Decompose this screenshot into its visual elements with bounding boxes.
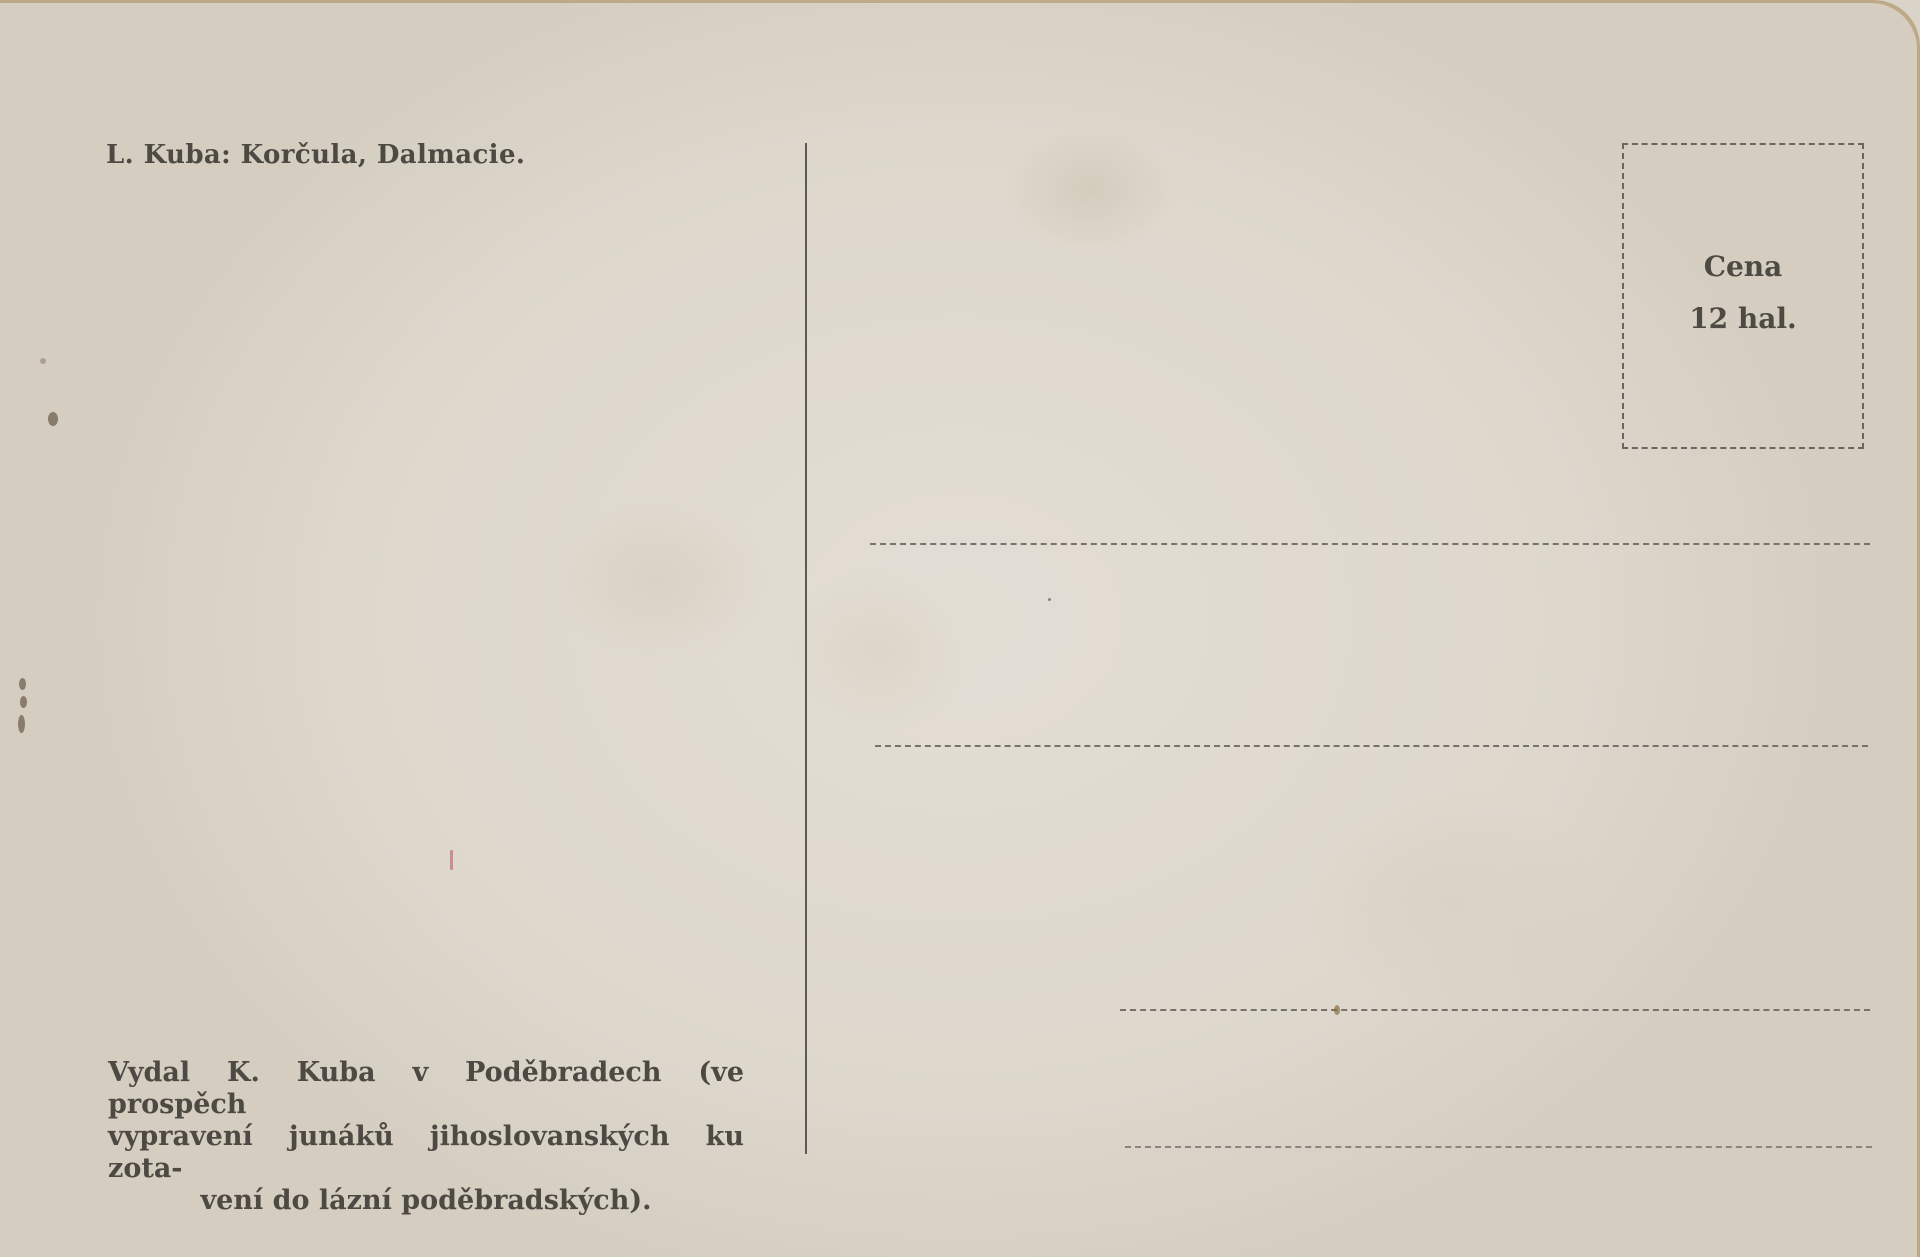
edge-mark (1334, 1005, 1340, 1015)
edge-mark (18, 715, 25, 733)
red-mark (450, 850, 453, 870)
address-line-3 (1120, 1009, 1870, 1011)
vertical-divider-line (805, 143, 807, 1154)
publisher-note-line-3: vení do lázní poděbradských). (108, 1185, 744, 1217)
address-line-1 (870, 543, 1870, 545)
edge-mark (19, 678, 26, 690)
ink-stain (40, 358, 46, 364)
stamp-box: Cena 12 hal. (1622, 143, 1864, 449)
address-line-4 (1125, 1146, 1872, 1148)
publisher-note-line-1: Vydal K. Kuba v Poděbradech (ve prospěch (108, 1057, 744, 1121)
publisher-note: Vydal K. Kuba v Poděbradech (ve prospěch… (108, 1057, 744, 1217)
edge-mark (20, 696, 27, 708)
postcard-back: L. Kuba: Korčula, Dalmacie. Cena 12 hal.… (0, 0, 1920, 1257)
ink-stain (48, 412, 58, 426)
artwork-caption: L. Kuba: Korčula, Dalmacie. (106, 140, 525, 170)
publisher-note-line-2: vypravení junáků jihoslovanských ku zota… (108, 1121, 744, 1185)
stamp-price-value: 12 hal. (1624, 302, 1862, 335)
address-line-2 (875, 745, 1868, 747)
edge-mark (1048, 598, 1051, 601)
stamp-price-label: Cena (1624, 250, 1862, 283)
